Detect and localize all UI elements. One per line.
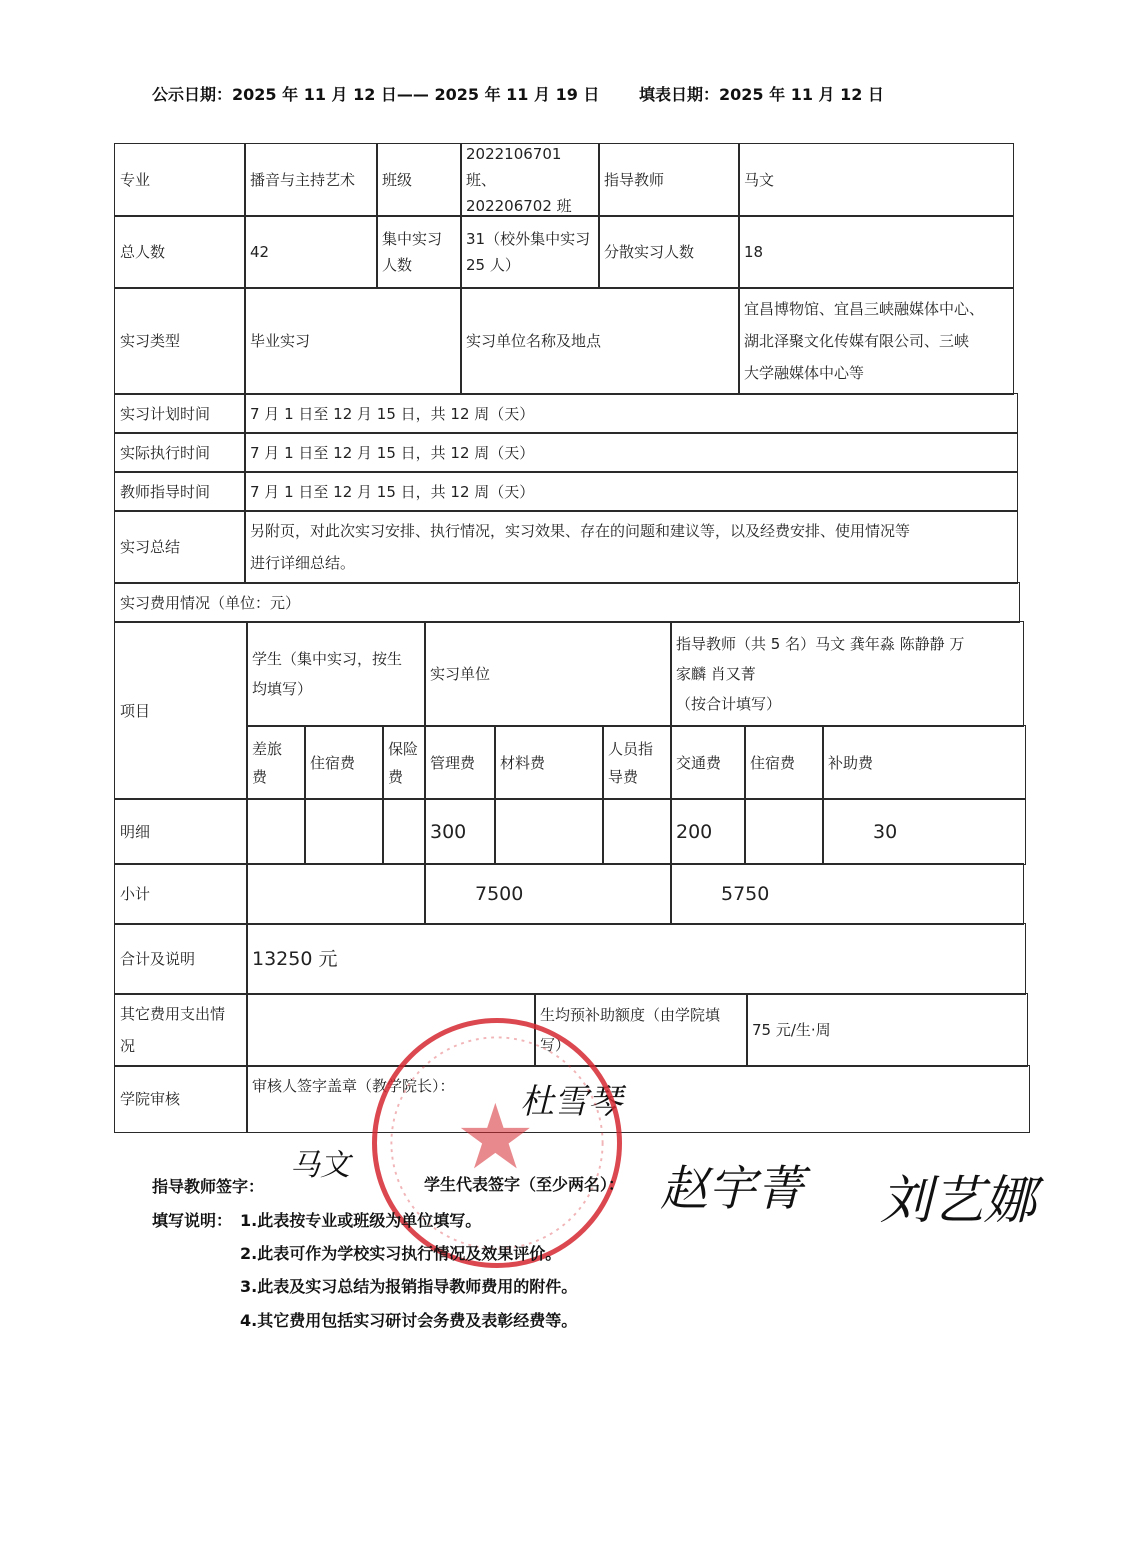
actual-value: 7 月 1 日至 12 月 15 日，共 12 周（天） [244, 432, 1018, 473]
expense-column-header: 保险费 [382, 725, 426, 800]
expense-detail-cell [246, 798, 306, 865]
central-label: 集中实习人数 [376, 215, 462, 289]
class-value: 2022106701 班、202206702 班 [460, 143, 600, 217]
student-signature-2: 刘艺娜 [880, 1158, 1036, 1233]
expense-detail-cell [494, 798, 604, 865]
notes-label: 填写说明： [152, 1208, 232, 1231]
unit-group-header: 实习单位 [424, 621, 672, 727]
expense-column-header: 补助费 [822, 725, 1026, 800]
expense-detail-cell [744, 798, 824, 865]
expense-column-header: 住宿费 [304, 725, 384, 800]
central-value: 31（校外集中实习25 人） [460, 215, 600, 289]
note-2: 2.此表可作为学校实习执行情况及效果评价。 [240, 1241, 561, 1264]
form-header: 公示日期：2025 年 11 月 12 日—— 2025 年 11 月 19 日… [152, 82, 884, 105]
teacher-group-header: 指导教师（共 5 名）马文 龚年淼 陈静静 万家麟 肖又菁（按合计填写） [670, 621, 1024, 727]
note-1: 1.此表按专业或班级为单位填写。 [240, 1208, 481, 1231]
review-label: 学院审核 [114, 1065, 248, 1133]
class-label: 班级 [376, 143, 462, 217]
subtotal-student [246, 863, 426, 925]
type-label: 实习类型 [114, 287, 246, 395]
guide-label: 教师指导时间 [114, 471, 246, 512]
expense-column-header: 人员指导费 [602, 725, 672, 800]
plan-value: 7 月 1 日至 12 月 15 日，共 12 周（天） [244, 393, 1018, 434]
subtotal-unit: 7500 [424, 863, 672, 925]
fill-date-label: 填表日期： [639, 85, 719, 104]
expense-detail-cell [382, 798, 426, 865]
expense-column-header: 住宿费 [744, 725, 824, 800]
total-label: 总人数 [114, 215, 246, 289]
other-value [246, 993, 536, 1067]
review-field: 审核人签字盖章（教学院长）： [246, 1065, 1030, 1133]
expense-detail-cell [304, 798, 384, 865]
item-label: 项目 [114, 621, 248, 800]
actual-label: 实际执行时间 [114, 432, 246, 473]
expense-detail-cell: 200 [670, 798, 746, 865]
subsidy-label: 生均预补助额度（由学院填写） [534, 993, 748, 1067]
review-signature: 杜雪琴 [520, 1074, 622, 1123]
guide-value: 7 月 1 日至 12 月 15 日，共 12 周（天） [244, 471, 1018, 512]
other-label: 其它费用支出情况 [114, 993, 248, 1067]
scattered-value: 18 [738, 215, 1014, 289]
major-label: 专业 [114, 143, 246, 217]
expense-detail-cell [602, 798, 672, 865]
plan-label: 实习计划时间 [114, 393, 246, 434]
detail-label: 明细 [114, 798, 248, 865]
note-4: 4.其它费用包括实习研讨会务费及表彰经费等。 [240, 1308, 577, 1331]
student-group-header: 学生（集中实习，按生均填写） [246, 621, 426, 727]
expense-column-header: 差旅费 [246, 725, 306, 800]
publicity-range: 2025 年 11 月 12 日—— 2025 年 11 月 19 日 [232, 85, 599, 104]
expenses-title: 实习费用情况（单位：元） [114, 582, 1020, 623]
expense-detail-cell: 30 [822, 798, 1026, 865]
teacher-sign-label: 指导教师签字： [152, 1174, 264, 1197]
scattered-label: 分散实习人数 [598, 215, 740, 289]
summary-label: 实习总结 [114, 510, 246, 584]
subsidy-value: 75 元/生·周 [746, 993, 1028, 1067]
expense-column-header: 交通费 [670, 725, 746, 800]
note-3: 3.此表及实习总结为报销指导教师费用的附件。 [240, 1274, 577, 1297]
publicity-label: 公示日期： [152, 85, 232, 104]
total-expense-label: 合计及说明 [114, 923, 248, 995]
fill-date: 2025 年 11 月 12 日 [719, 85, 884, 104]
student-signature-1: 赵宇菁 [660, 1150, 804, 1219]
total-expense-value: 13250 元 [246, 923, 1026, 995]
expense-column-header: 材料费 [494, 725, 604, 800]
teacher-label: 指导教师 [598, 143, 740, 217]
total-value: 42 [244, 215, 378, 289]
expense-detail-cell: 300 [424, 798, 496, 865]
student-sign-label: 学生代表签字（至少两名）： [424, 1172, 624, 1195]
teacher-signature: 马文 [290, 1140, 350, 1184]
type-value: 毕业实习 [244, 287, 462, 395]
summary-value: 另附页，对此次实习安排、执行情况，实习效果、存在的问题和建议等，以及经费安排、使… [244, 510, 1018, 584]
teacher-value: 马文 [738, 143, 1014, 217]
expense-column-header: 管理费 [424, 725, 496, 800]
subtotal-label: 小计 [114, 863, 248, 925]
unit-label: 实习单位名称及地点 [460, 287, 740, 395]
subtotal-teacher: 5750 [670, 863, 1024, 925]
unit-value: 宜昌博物馆、宜昌三峡融媒体中心、湖北泽聚文化传媒有限公司、三峡大学融媒体中心等 [738, 287, 1014, 395]
major-value: 播音与主持艺术 [244, 143, 378, 217]
